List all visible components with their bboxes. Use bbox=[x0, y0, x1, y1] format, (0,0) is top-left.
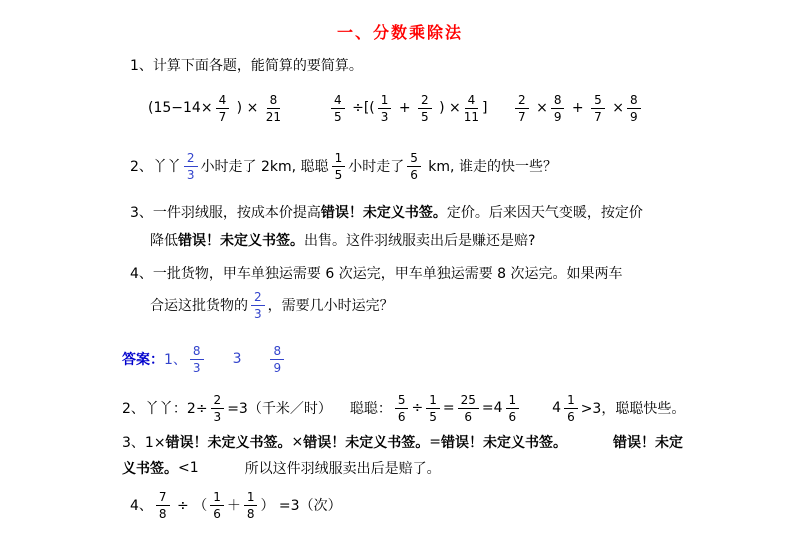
answer-2-text: =4 bbox=[482, 400, 503, 416]
fraction-denominator: 5 bbox=[421, 109, 429, 123]
fraction-denominator: 5 bbox=[429, 409, 437, 423]
answer-2-text: = bbox=[443, 400, 455, 416]
fraction-numerator: 4 bbox=[331, 94, 345, 109]
answer-3-text: 3、1× bbox=[122, 432, 166, 452]
fraction-denominator: 6 bbox=[509, 409, 517, 423]
question-2-text: 小时走了 bbox=[348, 156, 404, 176]
fraction: 89 bbox=[627, 94, 641, 123]
fraction-numerator: 2 bbox=[251, 291, 265, 306]
fraction: 411 bbox=[464, 94, 479, 123]
expression-3: 27 × 89 + 57 × 89 bbox=[512, 86, 644, 130]
fraction: 18 bbox=[244, 491, 258, 520]
question-3-line-1: 3、一件羽绒服，按成本价提高 错误！未定义书签。 定价。后来因天气变暖，按定价 bbox=[130, 202, 643, 222]
answer-3-text: × bbox=[292, 434, 304, 450]
expression-1: (15−14× 47 ) × 821 bbox=[148, 86, 284, 130]
expr3-text: × bbox=[532, 100, 548, 116]
expr2-text: ) × bbox=[435, 100, 461, 116]
answer-2-text: ÷ bbox=[411, 400, 423, 416]
question-3-text: 3、一件羽绒服，按成本价提高 bbox=[130, 202, 321, 222]
question-4-text: ，需要几小时运完？ bbox=[268, 295, 394, 315]
fraction: 45 bbox=[331, 94, 345, 123]
fraction-numerator: 4 bbox=[465, 94, 479, 109]
answer-3-text: = bbox=[429, 434, 441, 450]
expr2-text: + bbox=[394, 100, 415, 116]
bookmark-error-text: 错误！未定义书签。 bbox=[166, 432, 292, 452]
fraction-numerator: 7 bbox=[156, 491, 170, 506]
fraction-numerator: 5 bbox=[407, 152, 421, 167]
question-4-line-2: 合运这批货物的 23 ，需要几小时运完？ bbox=[150, 283, 394, 327]
fraction-denominator: 3 bbox=[381, 109, 389, 123]
fraction-denominator: 3 bbox=[187, 167, 195, 181]
fraction: 25 bbox=[418, 94, 432, 123]
answer-2-text: 4 bbox=[552, 400, 561, 416]
fraction-numerator: 2 bbox=[418, 94, 432, 109]
question-2-text: km, 谁走的快一些？ bbox=[424, 156, 557, 176]
fraction-numerator: 8 bbox=[551, 94, 565, 109]
expr2-text: ] bbox=[482, 100, 487, 116]
fraction-numerator: 1 bbox=[244, 491, 258, 506]
fraction-denominator: 3 bbox=[254, 306, 262, 320]
fraction: 15 bbox=[332, 152, 346, 181]
fraction: 16 bbox=[210, 491, 224, 520]
fraction-denominator: 7 bbox=[219, 109, 227, 123]
fraction-numerator: 1 bbox=[426, 394, 440, 409]
fraction-denominator: 8 bbox=[159, 506, 167, 520]
answer-2-text: >3，聪聪快些。 bbox=[581, 398, 686, 418]
fraction-numerator: 2 bbox=[184, 152, 198, 167]
answer-2-text: 2、丫丫：2÷ bbox=[122, 398, 208, 418]
question-3-text: 定价。后来因天气变暖，按定价 bbox=[447, 202, 643, 222]
fraction: 23 bbox=[251, 291, 265, 320]
fraction-denominator: 6 bbox=[213, 506, 221, 520]
answer-1-text: 1、 bbox=[164, 349, 187, 369]
fraction: 57 bbox=[591, 94, 605, 123]
question-1-label: 1、计算下面各题，能简算的要简算。 bbox=[130, 55, 363, 75]
bookmark-error-text: 错误！未定义书签。 bbox=[441, 432, 567, 452]
fraction-numerator: 8 bbox=[627, 94, 641, 109]
fraction-denominator: 3 bbox=[193, 360, 201, 374]
fraction-numerator: 2 bbox=[211, 394, 225, 409]
fraction: 821 bbox=[266, 94, 281, 123]
fraction: 23 bbox=[211, 394, 225, 423]
expr2-text: ÷[( bbox=[348, 100, 375, 116]
question-2-text: 小时走了 2km, 聪聪 bbox=[201, 156, 329, 176]
fraction-denominator: 11 bbox=[464, 109, 479, 123]
fraction-numerator: 1 bbox=[506, 394, 520, 409]
answer-2: 2、丫丫：2÷ 23 =3（千米／时） 聪聪： 56 ÷ 15 = 256 =4… bbox=[122, 386, 685, 430]
fraction: 56 bbox=[407, 152, 421, 181]
question-3-line-2: 降低 错误！未定义书签。 出售。这件羽绒服卖出后是赚还是赔? bbox=[150, 230, 535, 250]
worksheet-page: 一、分数乘除法 1、计算下面各题，能简算的要简算。 (15−14× 47 ) ×… bbox=[0, 0, 800, 550]
answer-4-text: ） =3（次） bbox=[260, 495, 341, 515]
answer-1: 答案： 1、 83 3 89 bbox=[122, 338, 287, 380]
fraction: 78 bbox=[156, 491, 170, 520]
fraction-numerator: 2 bbox=[515, 94, 529, 109]
fraction-denominator: 5 bbox=[334, 109, 342, 123]
fraction-numerator: 1 bbox=[210, 491, 224, 506]
question-4-line-1: 4、一批货物，甲车单独运需要 6 次运完，甲车单独运需要 8 次运完。如果两车 bbox=[130, 263, 623, 283]
answer-2-text: 聪聪： bbox=[350, 398, 392, 418]
fraction-denominator: 6 bbox=[464, 409, 472, 423]
question-3-text: 出售。这件羽绒服卖出后是赚还是赔? bbox=[304, 230, 535, 250]
answer-3-text: 所以这件羽绒服卖出后是赔了。 bbox=[245, 458, 441, 478]
answer-3-line-1: 3、1× 错误！未定义书签。 × 错误！未定义书签。 = 错误！未定义书签。 错… bbox=[122, 432, 683, 452]
fraction-denominator: 7 bbox=[594, 109, 602, 123]
fraction-denominator: 9 bbox=[630, 109, 638, 123]
fraction-numerator: 5 bbox=[591, 94, 605, 109]
question-2: 2、丫丫 23 小时走了 2km, 聪聪 15 小时走了 56 km, 谁走的快… bbox=[130, 142, 557, 190]
bookmark-error-text: 错误！未定义书签。 bbox=[303, 432, 429, 452]
answer-4: 4、 78 ÷ （ 16 ＋ 18 ） =3（次） bbox=[130, 482, 342, 528]
page-title: 一、分数乘除法 bbox=[0, 20, 800, 43]
fraction: 23 bbox=[184, 152, 198, 181]
fraction-numerator: 25 bbox=[458, 394, 479, 409]
expression-2: 45 ÷[( 13 + 25 ) × 411 ] bbox=[328, 86, 488, 130]
expr3-text: × bbox=[608, 100, 624, 116]
fraction: 27 bbox=[515, 94, 529, 123]
answer-1-text: 3 bbox=[233, 351, 242, 367]
answer-2-text: =3（千米／时） bbox=[227, 398, 332, 418]
question-4-text: 4、一批货物，甲车单独运需要 6 次运完，甲车单独运需要 8 次运完。如果两车 bbox=[130, 263, 623, 283]
fraction-denominator: 6 bbox=[567, 409, 575, 423]
expr1-text: ) × bbox=[232, 100, 263, 116]
question-4-text: 合运这批货物的 bbox=[150, 295, 248, 315]
fraction: 83 bbox=[190, 345, 204, 374]
fraction: 16 bbox=[506, 394, 520, 423]
bookmark-error-text: 错误！未定 bbox=[613, 432, 683, 452]
fraction-numerator: 4 bbox=[216, 94, 230, 109]
fraction: 15 bbox=[426, 394, 440, 423]
fraction: 89 bbox=[551, 94, 565, 123]
expr1-text: (15−14× bbox=[148, 100, 213, 116]
fraction-denominator: 5 bbox=[335, 167, 343, 181]
fraction: 47 bbox=[216, 94, 230, 123]
bookmark-error-text: 错误！未定义书签。 bbox=[321, 202, 447, 222]
fraction-denominator: 7 bbox=[518, 109, 526, 123]
fraction-denominator: 9 bbox=[273, 360, 281, 374]
fraction-numerator: 8 bbox=[190, 345, 204, 360]
fraction-numerator: 1 bbox=[564, 394, 578, 409]
answer-3-line-2: 义书签。 <1 所以这件羽绒服卖出后是赔了。 bbox=[122, 458, 441, 478]
question-3-text: 降低 bbox=[150, 230, 178, 250]
question-2-text: 2、丫丫 bbox=[130, 156, 181, 176]
fraction: 256 bbox=[458, 394, 479, 423]
fraction-denominator: 8 bbox=[247, 506, 255, 520]
fraction-numerator: 8 bbox=[270, 345, 284, 360]
fraction-numerator: 1 bbox=[378, 94, 392, 109]
answer-4-text: ＋ bbox=[227, 495, 241, 515]
bookmark-error-text: 义书签。 bbox=[122, 458, 178, 478]
answer-3-text: <1 bbox=[178, 460, 199, 476]
fraction: 13 bbox=[378, 94, 392, 123]
question-1-text: 1、计算下面各题，能简算的要简算。 bbox=[130, 55, 363, 75]
fraction: 16 bbox=[564, 394, 578, 423]
fraction: 56 bbox=[395, 394, 409, 423]
fraction-numerator: 1 bbox=[332, 152, 346, 167]
expr3-text: + bbox=[567, 100, 588, 116]
fraction-numerator: 5 bbox=[395, 394, 409, 409]
answer-4-text: 4、 bbox=[130, 495, 153, 515]
fraction-denominator: 6 bbox=[410, 167, 418, 181]
fraction-denominator: 3 bbox=[214, 409, 222, 423]
fraction-numerator: 8 bbox=[267, 94, 281, 109]
fraction-denominator: 6 bbox=[398, 409, 406, 423]
fraction: 89 bbox=[270, 345, 284, 374]
answer-4-text: ÷ （ bbox=[173, 495, 208, 515]
bookmark-error-text: 错误！未定义书签。 bbox=[178, 230, 304, 250]
answers-label: 答案： bbox=[122, 349, 164, 369]
fraction-denominator: 21 bbox=[266, 109, 281, 123]
fraction-denominator: 9 bbox=[554, 109, 562, 123]
